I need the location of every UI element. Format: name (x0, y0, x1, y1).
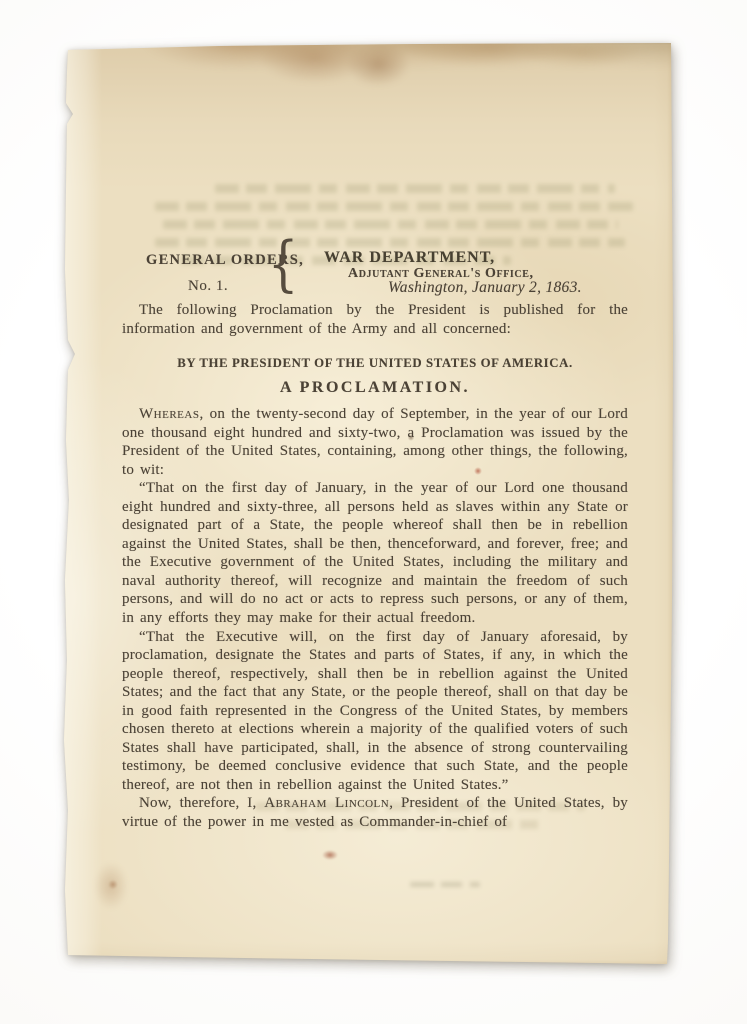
bleed-through-line (163, 220, 618, 229)
paragraph-whereas: Whereas, on the twenty-second day of Sep… (122, 405, 628, 479)
paragraph-quote-1: “That on the first day of January, in th… (122, 479, 628, 627)
intro-paragraph: The following Proclamation by the Presid… (122, 301, 628, 338)
bleed-through-line (410, 882, 480, 887)
foxing-spot (322, 850, 338, 860)
war-department-line: WAR DEPARTMENT, (324, 249, 495, 267)
bleed-through-line (155, 238, 625, 247)
foxing-spot (108, 880, 118, 889)
orders-number: No. 1. (188, 278, 228, 295)
dateline: Washington, January 2, 1863. (388, 279, 582, 297)
paragraph-quote-2: “That the Executive will, on the first d… (122, 628, 628, 795)
proclamation-body: Whereas, on the twenty-second day of Sep… (122, 405, 628, 832)
edge-smudge (94, 862, 128, 910)
paragraph-now-therefore: Now, therefore, I, Abraham Lincoln, Pres… (122, 794, 628, 831)
brace-glyph: { (268, 234, 299, 294)
byline: BY THE PRESIDENT OF THE UNITED STATES OF… (122, 356, 628, 371)
document-page: GENERAL ORDERS, No. 1. { WAR DEPARTMENT,… (60, 40, 674, 968)
bleed-through-line (215, 184, 615, 193)
bleed-through-marks (410, 882, 480, 896)
scanned-page-wrapper: GENERAL ORDERS, No. 1. { WAR DEPARTMENT,… (0, 0, 747, 1024)
proclamation-title: A PROCLAMATION. (122, 379, 628, 397)
bleed-through-line (155, 202, 633, 211)
water-stain (60, 40, 674, 135)
page-top-edge (60, 40, 674, 45)
